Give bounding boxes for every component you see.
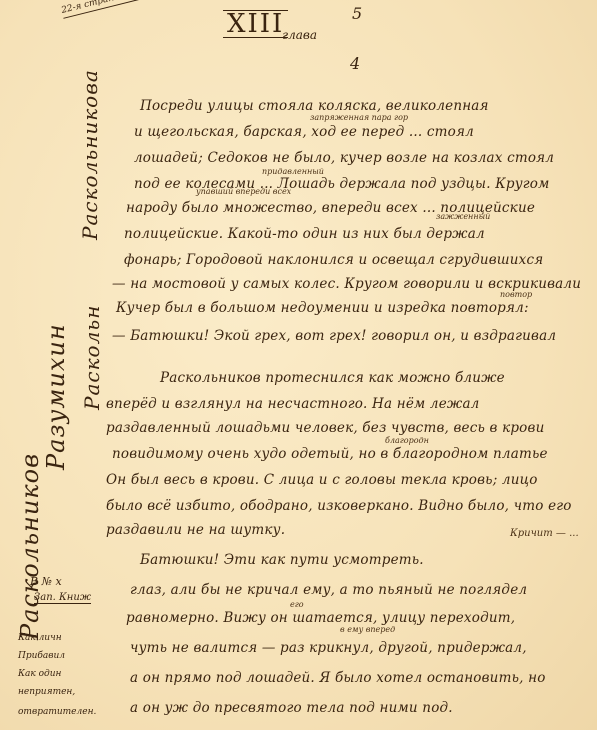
insertion: благородн bbox=[385, 436, 429, 445]
insertion: придавленный bbox=[262, 167, 324, 176]
body-line: а он прямо под лошадей. Я было хотел ост… bbox=[130, 670, 546, 686]
insertion: в ему вперед bbox=[340, 625, 395, 634]
insertion: упавший впереди всех bbox=[196, 187, 291, 196]
insertion: зажженный bbox=[436, 212, 490, 221]
margin-name-raskoln: Раскольн bbox=[80, 305, 104, 410]
manuscript-page: 22-я страница XIII глава 5 4 Разумихин Р… bbox=[0, 0, 597, 730]
insertion: запряженная пара гор bbox=[310, 113, 408, 122]
body-line: чуть не валится — раз крикнул, другой, п… bbox=[130, 640, 527, 656]
chapter-number: XIII bbox=[223, 10, 288, 38]
body-line: равномерно. Вижу он шатается, улицу пере… bbox=[126, 610, 515, 626]
margin-note-number: В № х bbox=[30, 575, 62, 588]
chapter-word: глава bbox=[282, 28, 317, 42]
body-line: Посреди улицы стояла коляска, великолепн… bbox=[140, 98, 489, 114]
body-line: было всё избито, ободрано, изковеркано. … bbox=[106, 498, 572, 514]
body-line: и щегольская, барская, ход ее перед ... … bbox=[134, 124, 474, 140]
body-line: раздавленный лошадьми человек, без чувст… bbox=[106, 420, 544, 436]
margin-note-line: отвратителен. bbox=[18, 704, 96, 720]
insertion: повтор bbox=[500, 290, 532, 299]
insertion: Кричит — ... bbox=[510, 528, 579, 539]
body-line: полицейские. Какой-то один из них был де… bbox=[124, 226, 485, 242]
body-line: Кучер был в большом недоумении и изредка… bbox=[116, 300, 529, 316]
margin-note-line: неприятен, bbox=[18, 684, 75, 700]
body-line: фонарь; Городовой наклонился и освещал с… bbox=[124, 252, 543, 268]
insertion: его bbox=[290, 600, 304, 609]
page-mark-top: 5 bbox=[352, 4, 362, 23]
body-line: Раскольников протеснился как можно ближе bbox=[160, 370, 505, 386]
body-line: вперёд и взглянул на несчастного. На нём… bbox=[106, 396, 479, 412]
body-line: а он уж до пресвятого тела под ними под. bbox=[130, 700, 453, 716]
body-line: глаз, али бы не кричал ему, а то пьяный … bbox=[130, 582, 527, 598]
page-number-note: 22-я страница bbox=[60, 0, 146, 19]
body-line: повидимому очень худо одетый, но в благо… bbox=[112, 446, 548, 462]
page-mark-second: 4 bbox=[350, 54, 360, 73]
body-line: Он был весь в крови. С лица и с головы т… bbox=[106, 472, 538, 488]
margin-note-line: Как один bbox=[18, 666, 61, 682]
margin-name-raskolnikov: Раскольников bbox=[16, 453, 44, 640]
margin-note-line: Как личн bbox=[18, 630, 62, 646]
margin-note-notebook: Зап. Книж bbox=[34, 592, 91, 604]
margin-name-raskolnikov-upper: Раскольникова bbox=[78, 69, 102, 240]
body-line: раздавили не на шутку. bbox=[106, 522, 285, 538]
body-line: Батюшки! Эти как пути усмотреть. bbox=[140, 552, 424, 568]
body-line: — Батюшки! Экой грех, вот грех! говорил … bbox=[112, 328, 556, 344]
body-line: лошадей; Седоков не было, кучер возле на… bbox=[134, 150, 554, 166]
margin-note-line: Прибавил bbox=[18, 648, 65, 664]
margin-name-razumikhin: Разумихин bbox=[42, 323, 70, 470]
